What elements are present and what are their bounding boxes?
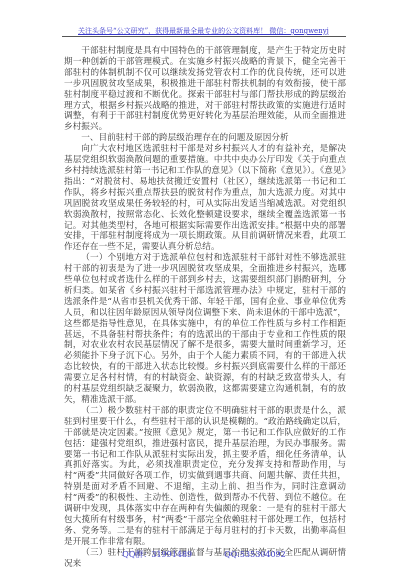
document-body: 干部驻村制度是具有中国特色的干部管理制度，是产生于特定历史时期一种创新的干部管理…: [64, 46, 346, 570]
qq-group-text: QQ群：31991489: [122, 550, 192, 559]
section-heading: 一、目前驻村干部的跨层级治理存在的问题及原因分析: [64, 133, 346, 144]
paragraph-background: 向广大农村地区选派驻村干部是对乡村振兴人才的有益补充，是解决基层党组织软弱涣散问…: [64, 144, 346, 253]
paragraph-intro: 干部驻村制度是具有中国特色的干部管理制度，是产生于特定历史时期一种创新的干部管理…: [64, 46, 346, 133]
qq-text: QQ:535304092: [224, 550, 286, 559]
footer-contact: QQ群：31991489QQ:535304092: [0, 549, 408, 560]
paragraph-subsection-2: （二）极少数驻村干部的职责定位不明确驻村干部的职责是什么，派驻到村里要干什么，有…: [64, 406, 346, 548]
paragraph-subsection-1: （一）个别地方对于选派单位包村和选派驻村干部针对性不够选派驻村干部的初衷是为了进…: [64, 253, 346, 406]
header-banner: 关注头条号“公文研究”，获得最新最全最专业的公文资料库！ 微信：gongweny…: [62, 26, 346, 37]
header-banner-text: 关注头条号“公文研究”，获得最新最全最专业的公文资料库！ 微信：gongweny…: [78, 27, 329, 35]
